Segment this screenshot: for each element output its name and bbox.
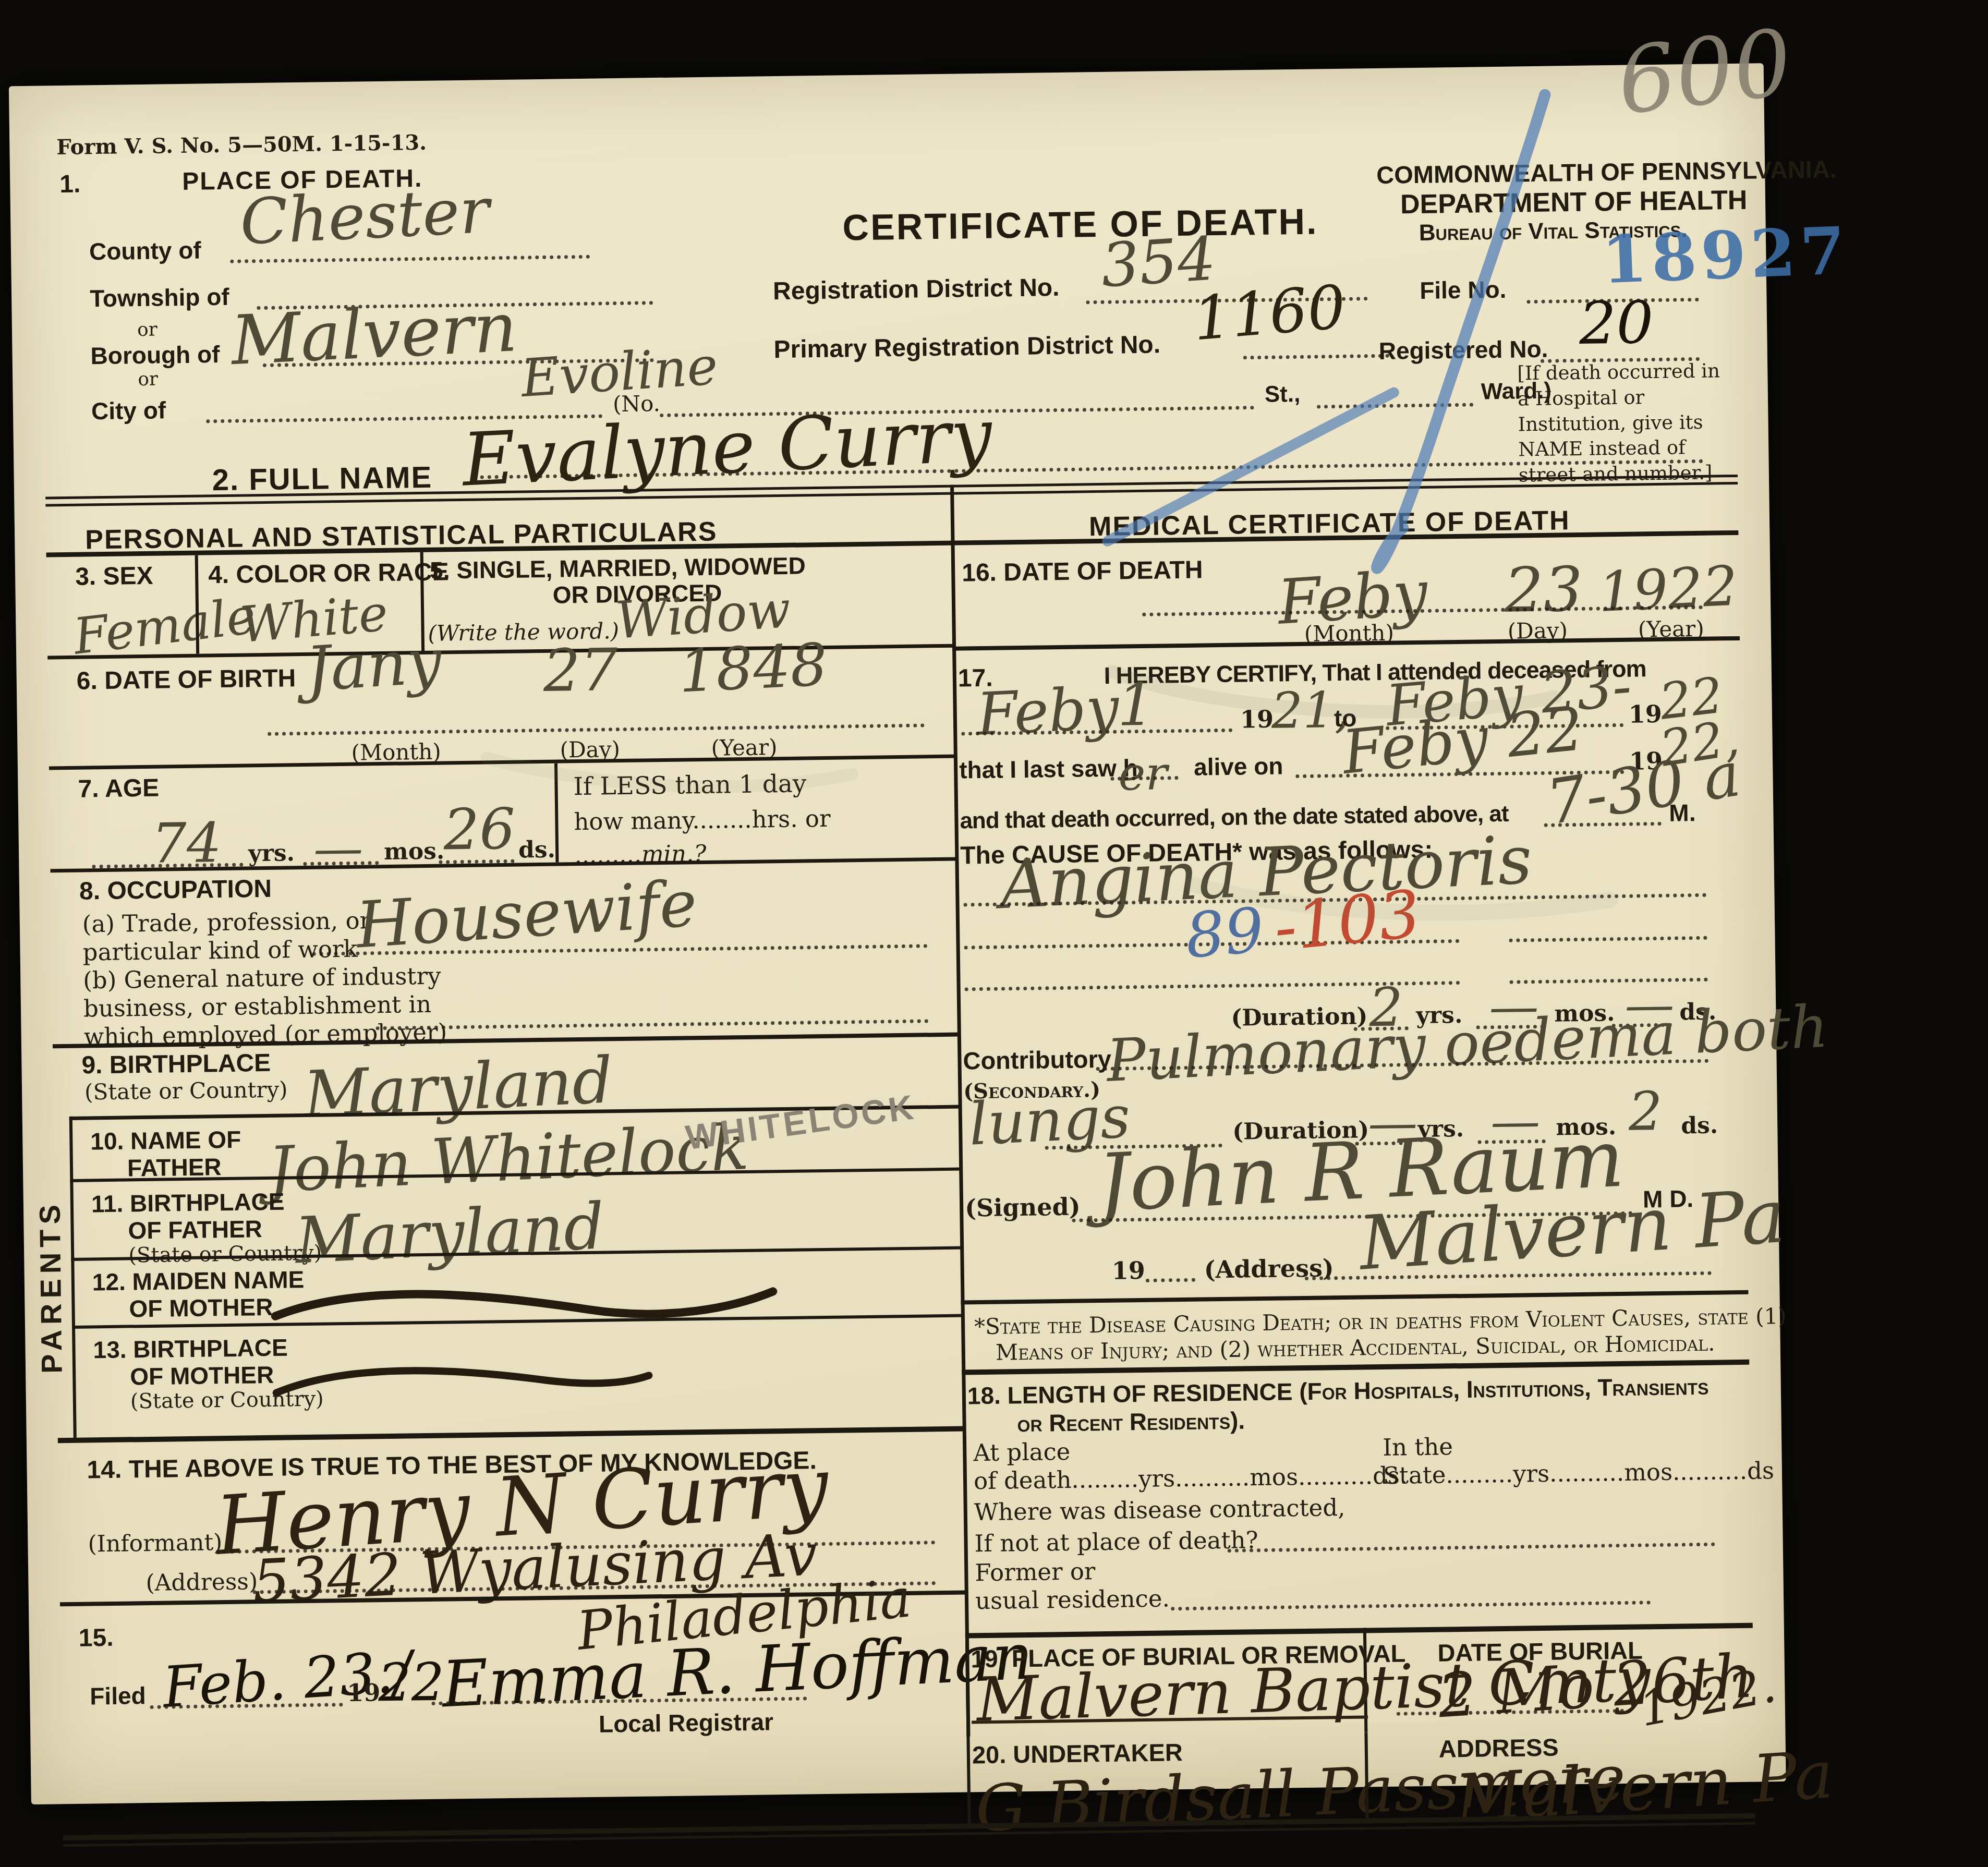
informant-address-caption: (Address) [146,1568,258,1596]
cell-divider [195,555,199,654]
dob-year-value: 1848 [677,631,829,706]
if-not-label: If not at place of death? [974,1526,1258,1557]
occupation-a-line1: (a) Trade, profession, or [82,906,371,938]
section1-number: 1. [59,170,81,199]
date-of-death-label: 16. DATE OF DEATH [962,555,1203,587]
usual-residence-label: usual residence. [975,1584,1170,1615]
date-of-death-day: 23 [1504,553,1583,626]
cell-divider [554,763,559,863]
duration2-ds-caption: ds. [1681,1112,1718,1139]
father-birthplace-hint: (State or Country) [128,1241,322,1268]
mother-birthplace-label-2: OF MOTHER [130,1361,274,1391]
occupation-b-line2: business, or establishment in [83,990,432,1023]
divider [49,755,956,770]
contracted-label: Where was disease contracted, [974,1494,1345,1526]
dob-line [268,723,925,735]
scan-background: Form V. S. No. 5—50M. 1-15-13. 1. PLACE … [0,0,1988,1867]
primary-district-line [1243,354,1389,360]
dob-day-value: 27 [543,636,618,705]
father-name-pencil-annotation: WHITELOCK [683,1087,918,1157]
cause-of-death-value: Angina Pectoris [998,821,1534,924]
age-label: 7. AGE [78,774,159,804]
former-label: Former or [975,1557,1096,1586]
occupation-a-line2: particular kind of work [82,935,358,966]
mother-maiden-name-dash [275,1290,773,1319]
or-label-b: or [138,369,158,391]
st-label: St., [1264,381,1300,408]
mother-maiden-label-1: 12. MAIDEN NAME [92,1265,305,1296]
local-registrar-caption: Local Registrar [599,1707,774,1738]
divider [961,1290,1749,1305]
parents-vertical-label: PARENTS [32,1130,70,1444]
county-value: Chester [238,175,491,259]
death-certificate-page: Form V. S. No. 5—50M. 1-15-13. 1. PLACE … [9,63,1786,1804]
commonwealth-line: COMMONWEALTH OF PENNSYLVANIA. [1376,154,1837,189]
informant-caption: (Informant) [88,1529,222,1557]
section15-number: 15. [78,1623,113,1653]
printed-19-d: 19 [1111,1256,1145,1285]
birthplace-hint: (State or Country) [84,1076,288,1105]
in-the-label: In the [1383,1433,1453,1461]
father-birthplace-label-2: OF FATHER [128,1215,262,1244]
primary-district-label: Primary Registration District No. [773,330,1160,364]
undertaker-cell-divider [1364,1732,1368,1818]
duration2-ds-value: 2 [1628,1081,1663,1143]
father-birthplace-label-1: 11. BIRTHPLACE [91,1187,285,1218]
or-label-a: or [137,319,157,341]
age-mos-caption: mos. [384,838,445,865]
page-mark-blue: 89 [1183,894,1267,972]
form-number: Form V. S. No. 5—50M. 1-15-13. [56,130,427,160]
department-line: DEPARTMENT OF HEALTH [1400,185,1748,221]
dob-label: 6. DATE OF BIRTH [76,664,296,695]
pencil-number: 600 [1612,10,1798,136]
divider [58,1426,965,1443]
of-death-line: of death.........yrs..........mos.......… [974,1461,1408,1495]
cause-line-3b [1510,978,1708,984]
sex-label: 3. SEX [75,562,153,591]
signed-caption: (Signed) [965,1193,1081,1222]
borough-value: Malvern [229,287,519,380]
page-mark-red: -103 [1270,876,1424,966]
birthplace-label: 9. BIRTHPLACE [81,1049,271,1080]
registered-no-value: 20 [1579,289,1654,358]
parents-bracket-line [69,1117,77,1438]
contributory-label: Contributory [963,1045,1111,1075]
age-yrs-caption: yrs. [248,840,295,867]
last-saw-er-line [1110,776,1178,781]
less-than-day-line2: how many........hrs. or [574,805,831,835]
residence-label-line2: or Recent Residents). [1017,1406,1245,1437]
ward-line [1317,403,1473,409]
race-label: 4. COLOR OR RACE [208,557,449,589]
occupation-label: 8. OCCUPATION [79,875,272,906]
father-label-1: 10. NAME OF [90,1125,241,1156]
certificate-title: CERTIFICATE OF DEATH. [842,200,1318,248]
contributory-value-line1: Pulmonary oedema both [1105,993,1829,1095]
usual-residence-line [1171,1601,1651,1610]
primary-district-value: 1160 [1191,272,1349,355]
mother-birthplace-label-1: 13. BIRTHPLACE [93,1333,288,1364]
meridian-caption: M. [1669,798,1696,827]
mother-maiden-label-2: OF MOTHER [129,1293,273,1323]
last-saw-text-2: alive on [1194,751,1283,781]
file-no-label: File No. [1420,275,1507,305]
county-label: County of [89,236,201,265]
file-number-stamp: 18927 [1601,213,1851,299]
township-label: Township of [90,283,229,312]
age-days-value: 26 [443,797,516,863]
registration-district-label: Registration District No. [773,273,1060,306]
attended-from-month: Feby [975,674,1121,749]
dob-month-value: Jany [304,625,444,706]
date-of-death-year: 1922 [1597,554,1739,624]
mother-birthplace-dash [276,1367,649,1393]
residence-label-line1: 18. LENGTH OF RESIDENCE (For Hospitals, … [967,1372,1709,1410]
at-place-label: At place [973,1438,1071,1466]
age-ds-caption: ds. [518,836,556,864]
filed-year-printed: 19 [347,1678,381,1707]
mother-birthplace-hint: (State or Country) [130,1387,324,1414]
hospital-note: [If death occurred in a Hospital or Inst… [1517,358,1725,488]
signed-year-line [1146,1278,1195,1282]
printed-19-a: 19 [1240,705,1274,734]
borough-label: Borough of [90,340,220,370]
occupation-b-line [376,1019,929,1030]
birthplace-value: Maryland [302,1043,614,1132]
cause-line-2b [1509,936,1707,942]
occupation-b-line1: (b) General nature of industry [83,962,441,995]
less-than-day-line1: If LESS than 1 day [573,769,807,801]
if-not-line [1228,1543,1715,1553]
registrar-signature: Emma R. Hoffman [440,1619,1035,1721]
last-saw-er: er [1118,746,1168,801]
in-state-line: State.........yrs..........mos..........… [1383,1457,1775,1489]
filed-label: Filed [90,1681,146,1710]
father-birthplace-value: Maryland [294,1189,606,1278]
registered-no-label: Registered No. [1378,335,1548,365]
city-label: City of [91,396,166,425]
